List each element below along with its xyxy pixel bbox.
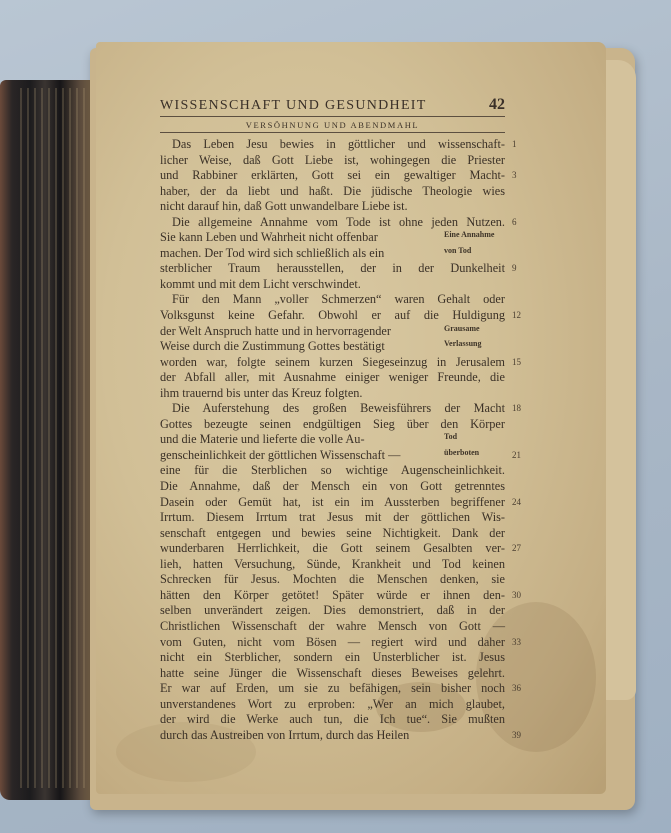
text-line: licher Weise, daß Gott Liebe ist, wohing… xyxy=(160,153,505,169)
line-number: 36 xyxy=(512,681,521,697)
line-number: 21 xyxy=(512,448,521,464)
text-line: vom Guten, nicht vom Bösen — regiert wir… xyxy=(160,635,505,651)
text-line: Schrecken für Jesus. Mochten die Mensche… xyxy=(160,572,505,588)
text-line: haber, der da liebt und haßt. Die jüdisc… xyxy=(160,184,505,200)
marginal-note: von Tod xyxy=(444,246,471,255)
line-text: kommt und mit dem Licht verschwindet. xyxy=(160,277,361,291)
text-line: nicht darauf hin, daß Gott unwandelbare … xyxy=(160,199,505,215)
marginal-note: Tod xyxy=(444,432,457,441)
text-line: hatte seine Jünger die Wissenschaft dies… xyxy=(160,666,505,682)
text-line: Volksgunst keine Gefahr. Obwohl er auf d… xyxy=(160,308,505,324)
text-line: kommt und mit dem Licht verschwindet. xyxy=(160,277,505,293)
text-line: hätten den Körper getötet! Später würde … xyxy=(160,588,505,604)
line-text: selben unverändert zeigen. Dies demonstr… xyxy=(160,603,505,617)
line-number: 30 xyxy=(512,588,521,604)
line-text: senschaft entgegen und bewies seine Nich… xyxy=(160,526,505,540)
line-number: 27 xyxy=(512,541,521,557)
text-line: machen. Der Tod wird sich schließlich al… xyxy=(160,246,505,262)
text-line: Irrtum. Diesem Irrtum trat Jesus mit der… xyxy=(160,510,505,526)
marginal-note: Eine Annahme xyxy=(444,230,494,239)
spine-frayed-threads xyxy=(20,88,95,788)
line-text: wunderbaren Herrlichkeit, die Gott seine… xyxy=(160,541,505,555)
line-number: 39 xyxy=(512,728,521,744)
text-line: Die allgemeine Annahme vom Tode ist ohne… xyxy=(160,215,505,231)
text-line: Er war auf Erden, um sie zu befähigen, s… xyxy=(160,681,505,697)
text-line: senschaft entgegen und bewies seine Nich… xyxy=(160,526,505,542)
header-rule xyxy=(160,116,505,117)
line-text: vom Guten, nicht vom Bösen — regiert wir… xyxy=(160,635,505,649)
page-content: WISSENSCHAFT UND GESUNDHEIT 42 VERSÖHNUN… xyxy=(160,96,505,743)
line-text: eine für die Sterblichen so wichtige Aug… xyxy=(160,463,505,477)
text-column: Das Leben Jesu bewies in göttlicher und … xyxy=(160,137,505,743)
section-rule xyxy=(160,132,505,133)
line-number: 15 xyxy=(512,355,521,371)
text-line: lieh, hatten Versuchung, Sünde, Krankhei… xyxy=(160,557,505,573)
line-text: Die Annahme, daß der Mensch ein von Gott… xyxy=(160,479,505,493)
line-text: hatte seine Jünger die Wissenschaft dies… xyxy=(160,666,505,680)
text-line: selben unverändert zeigen. Dies demonstr… xyxy=(160,603,505,619)
text-line: Christlichen Wissenschaft der wahre Mens… xyxy=(160,619,505,635)
text-line: genscheinlichkeit der göttlichen Wissens… xyxy=(160,448,505,464)
line-text: Dasein oder Gemüt hat, ist ein im Ausste… xyxy=(160,495,505,509)
line-text: Weise durch die Zustimmung Gottes bestät… xyxy=(160,339,385,353)
text-line: Sie kann Leben und Wahrheit nicht offenb… xyxy=(160,230,505,246)
line-number: 33 xyxy=(512,635,521,651)
line-number: 18 xyxy=(512,401,521,417)
line-text: Die Auferstehung des großen Beweisführer… xyxy=(172,401,505,415)
line-text: der wird die Werke auch tun, die Ich tue… xyxy=(160,712,505,726)
text-line: und die Materie und lieferte die volle A… xyxy=(160,432,505,448)
line-text: und Rabbiner erklärten, Gott sei ein gew… xyxy=(160,168,505,182)
line-text: und die Materie und lieferte die volle A… xyxy=(160,432,365,446)
text-line: der Abfall aller, mit Ausnahme einiger w… xyxy=(160,370,505,386)
line-text: Die allgemeine Annahme vom Tode ist ohne… xyxy=(172,215,505,229)
line-text: nicht ein Sterblicher, sondern ein Unste… xyxy=(160,650,505,664)
line-text: sterblicher Traum herausstellen, der in … xyxy=(160,261,505,275)
line-text: licher Weise, daß Gott Liebe ist, wohing… xyxy=(160,153,505,167)
line-text: der Welt Anspruch hatte und in hervorrag… xyxy=(160,324,391,338)
line-text: machen. Der Tod wird sich schließlich al… xyxy=(160,246,384,260)
line-text: genscheinlichkeit der göttlichen Wissens… xyxy=(160,448,400,462)
line-text: Das Leben Jesu bewies in göttlicher und … xyxy=(172,137,505,151)
text-line: Weise durch die Zustimmung Gottes bestät… xyxy=(160,339,505,355)
line-number: 24 xyxy=(512,495,521,511)
text-line: wunderbaren Herrlichkeit, die Gott seine… xyxy=(160,541,505,557)
line-text: ihm trauernd bis unter das Kreuz folgten… xyxy=(160,386,363,400)
line-text: Schrecken für Jesus. Mochten die Mensche… xyxy=(160,572,505,586)
text-line: und Rabbiner erklärten, Gott sei ein gew… xyxy=(160,168,505,184)
text-line: nicht ein Sterblicher, sondern ein Unste… xyxy=(160,650,505,666)
text-line: Die Auferstehung des großen Beweisführer… xyxy=(160,401,505,417)
marginal-note: überboten xyxy=(444,448,479,457)
line-number: 3 xyxy=(512,168,517,184)
text-line: Das Leben Jesu bewies in göttlicher und … xyxy=(160,137,505,153)
text-line: der Welt Anspruch hatte und in hervorrag… xyxy=(160,324,505,340)
line-number: 6 xyxy=(512,215,517,231)
line-text: hätten den Körper getötet! Später würde … xyxy=(160,588,505,602)
running-header: WISSENSCHAFT UND GESUNDHEIT 42 xyxy=(160,96,505,114)
line-text: Irrtum. Diesem Irrtum trat Jesus mit der… xyxy=(160,510,505,524)
text-line: Gottes bezeugte seinen endgültigen Sieg … xyxy=(160,417,505,433)
line-number: 12 xyxy=(512,308,521,324)
section-heading: VERSÖHNUNG UND ABENDMAHL xyxy=(160,120,505,130)
line-text: Volksgunst keine Gefahr. Obwohl er auf d… xyxy=(160,308,505,322)
text-line: Für den Mann „voller Schmerzen“ waren Ge… xyxy=(160,292,505,308)
line-text: haber, der da liebt und haßt. Die jüdisc… xyxy=(160,184,505,198)
line-text: der Abfall aller, mit Ausnahme einiger w… xyxy=(160,370,505,384)
book-title: WISSENSCHAFT UND GESUNDHEIT xyxy=(160,98,427,114)
line-text: nicht darauf hin, daß Gott unwandelbare … xyxy=(160,199,408,213)
text-line: worden war, folgte seinem kurzen Siegese… xyxy=(160,355,505,371)
text-line: sterblicher Traum herausstellen, der in … xyxy=(160,261,505,277)
line-number: 1 xyxy=(512,137,517,153)
line-text: Sie kann Leben und Wahrheit nicht offenb… xyxy=(160,230,378,244)
marginal-note: Verlassung xyxy=(444,339,482,348)
line-text: Gottes bezeugte seinen endgültigen Sieg … xyxy=(160,417,505,431)
text-line: durch das Austreiben von Irrtum, durch d… xyxy=(160,728,505,744)
page-number: 42 xyxy=(489,96,505,114)
line-text: Er war auf Erden, um sie zu befähigen, s… xyxy=(160,681,505,695)
line-text: lieh, hatten Versuchung, Sünde, Krankhei… xyxy=(160,557,505,571)
line-text: Für den Mann „voller Schmerzen“ waren Ge… xyxy=(172,292,505,306)
marginal-note: Grausame xyxy=(444,324,480,333)
text-line: ihm trauernd bis unter das Kreuz folgten… xyxy=(160,386,505,402)
text-line: Die Annahme, daß der Mensch ein von Gott… xyxy=(160,479,505,495)
text-line: eine für die Sterblichen so wichtige Aug… xyxy=(160,463,505,479)
line-text: durch das Austreiben von Irrtum, durch d… xyxy=(160,728,409,742)
line-text: Christlichen Wissenschaft der wahre Mens… xyxy=(160,619,505,633)
line-text: worden war, folgte seinem kurzen Siegese… xyxy=(160,355,505,369)
line-number: 9 xyxy=(512,261,517,277)
line-text: unverstandenes Wort zu erproben: „Wer an… xyxy=(160,697,505,711)
text-line: unverstandenes Wort zu erproben: „Wer an… xyxy=(160,697,505,713)
text-line: der wird die Werke auch tun, die Ich tue… xyxy=(160,712,505,728)
text-line: Dasein oder Gemüt hat, ist ein im Ausste… xyxy=(160,495,505,511)
